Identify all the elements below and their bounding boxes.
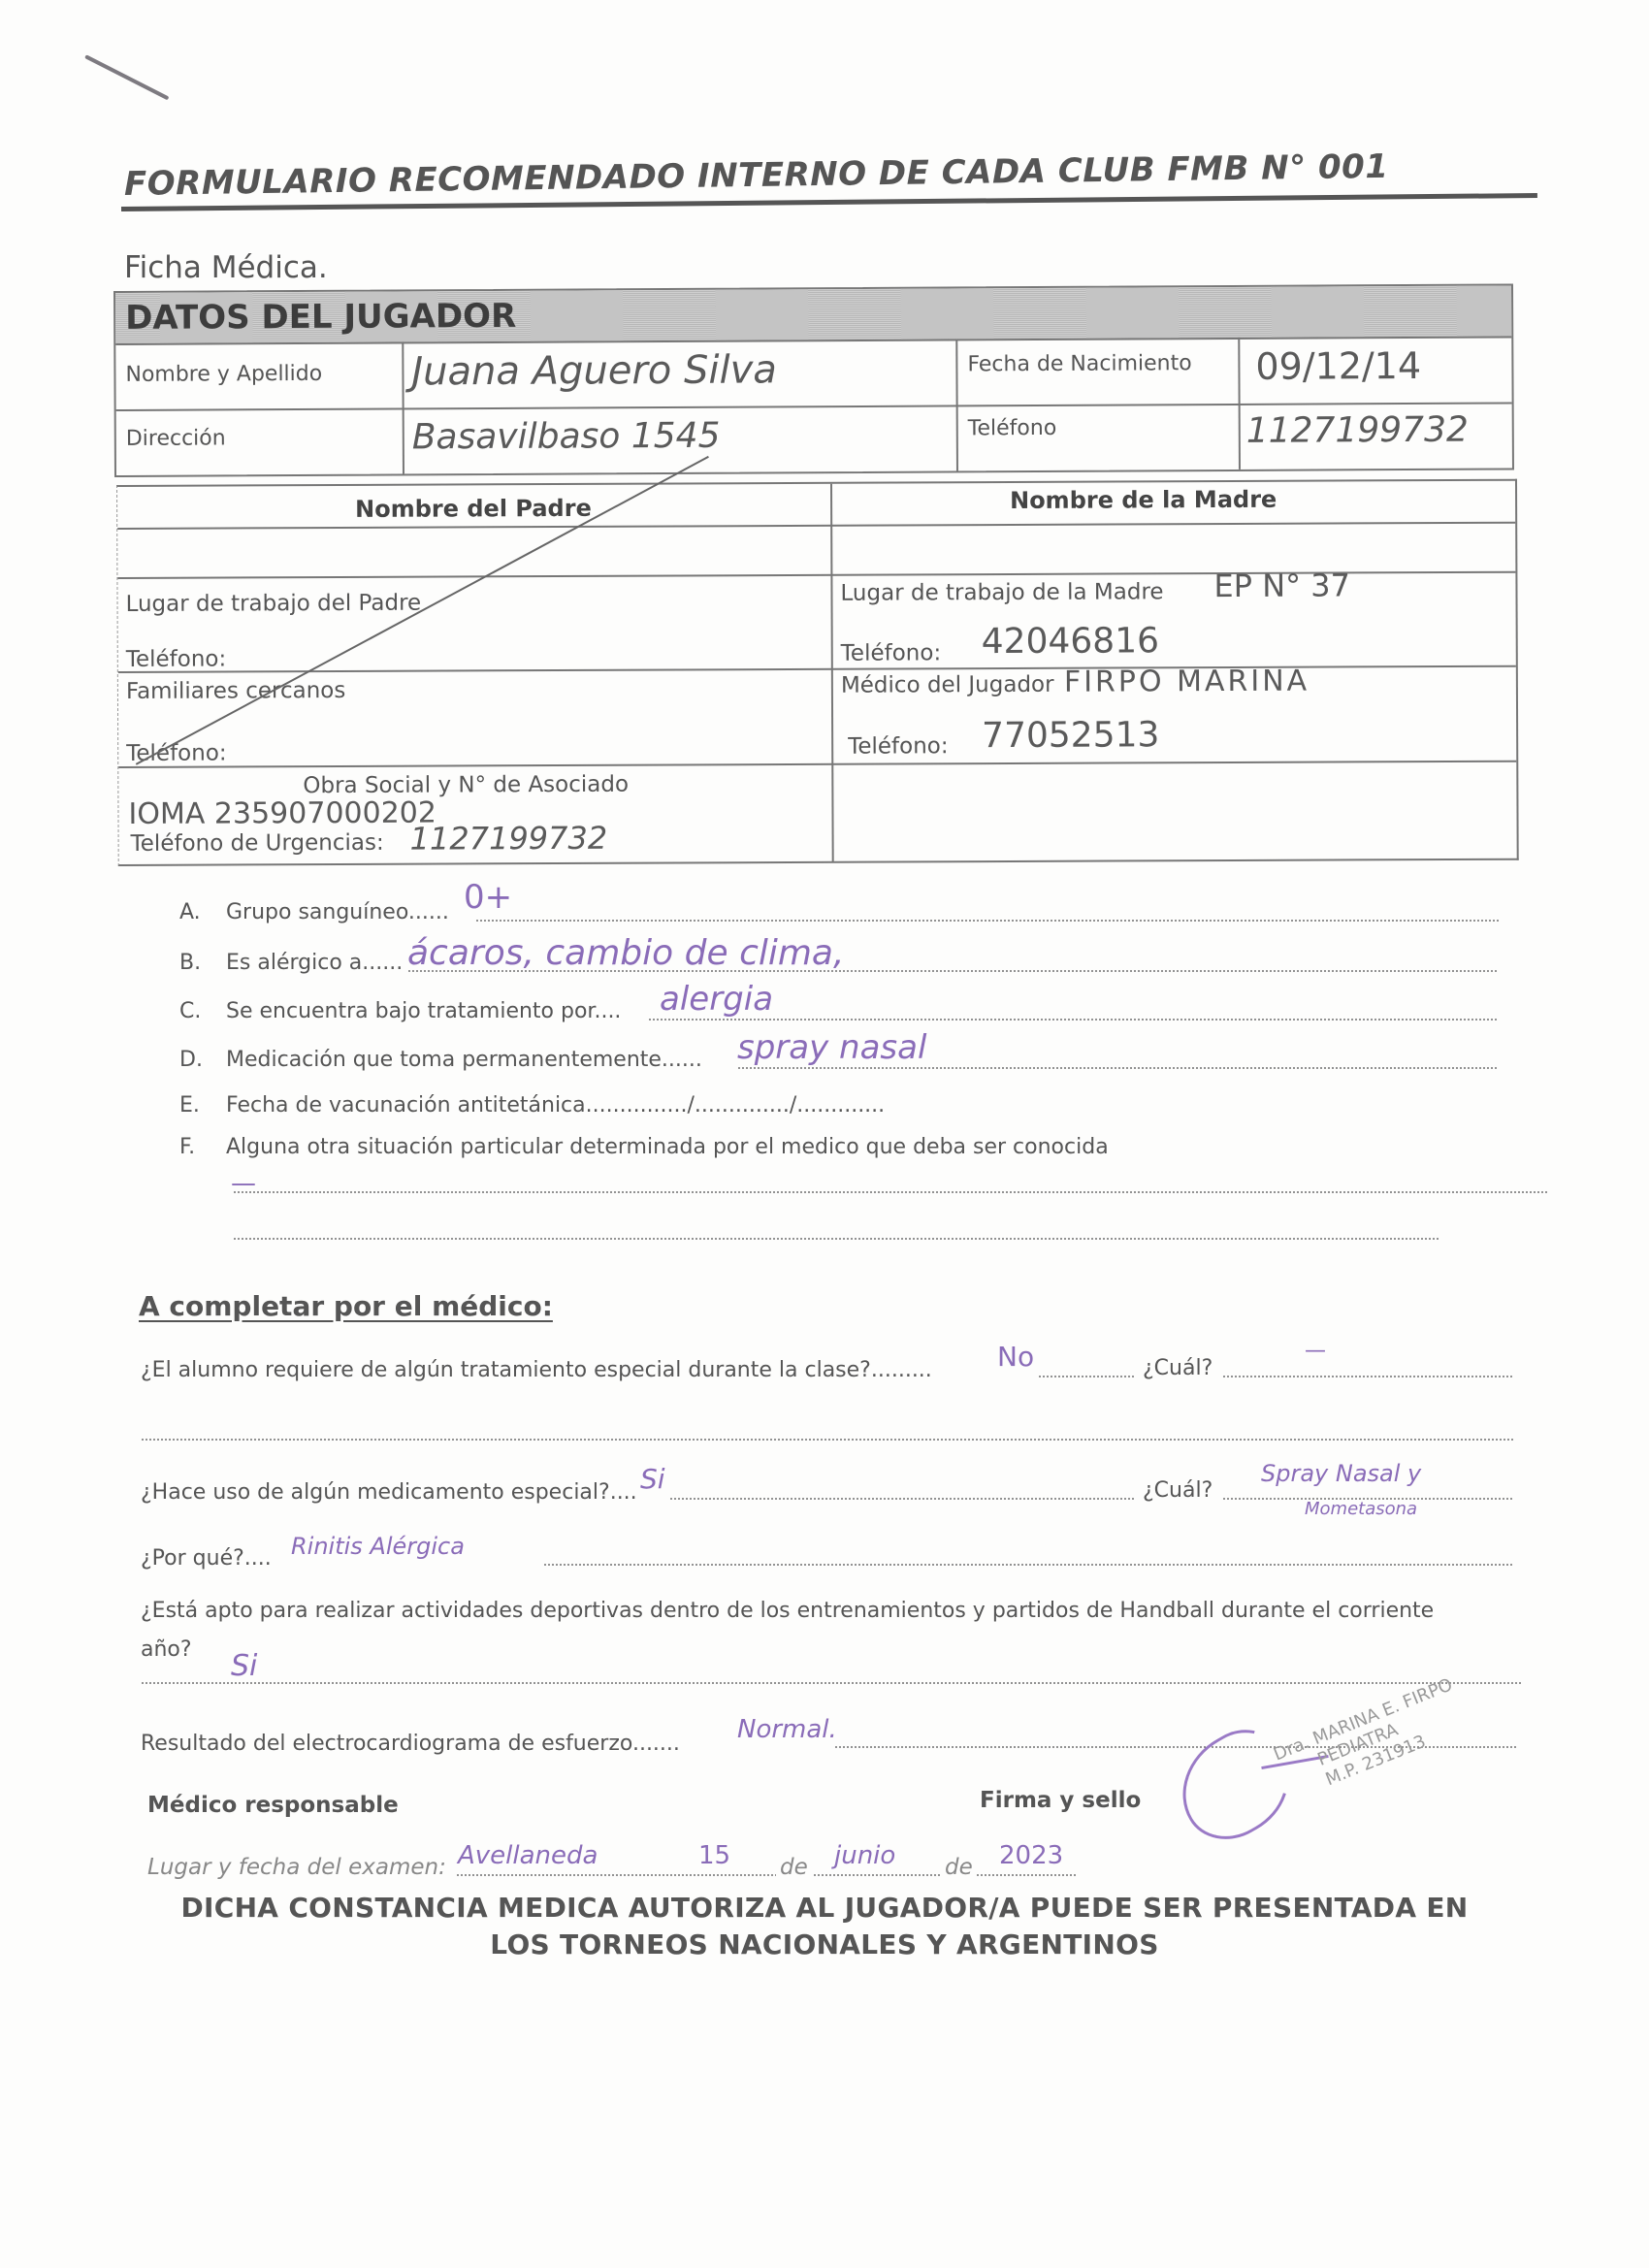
nacimiento-label: Fecha de Nacimiento <box>967 351 1191 376</box>
padre-telefono-label: Teléfono: <box>126 647 227 672</box>
de-label: de <box>776 1855 812 1880</box>
q-medicamento-label: ¿Hace uso de algún medicamento especial?… <box>141 1480 637 1505</box>
de-label: de <box>941 1855 977 1880</box>
urgencias-field[interactable]: 1127199732 <box>410 820 608 858</box>
medico-jugador-label: Médico del Jugador <box>841 672 1054 698</box>
datos-header: DATOS DEL JUGADOR <box>115 285 1511 345</box>
dotted-line <box>233 1191 1547 1193</box>
dotted-line <box>1222 1376 1513 1377</box>
firma-label: Firma y sello <box>980 1788 1141 1813</box>
alergico-field[interactable]: ácaros, cambio de clima, <box>407 933 844 973</box>
q-apto-label: ¿Está apto para realizar actividades dep… <box>141 1599 1434 1623</box>
divider <box>116 402 1512 411</box>
q-apto-label-2: año? <box>141 1637 192 1662</box>
mes-field[interactable]: junio <box>834 1841 895 1870</box>
q-tratamiento-field[interactable]: No <box>997 1341 1034 1373</box>
q-tratamiento-cual-label: ¿Cuál? <box>1143 1356 1212 1380</box>
telefono-field[interactable]: 1127199732 <box>1246 410 1469 451</box>
medico-telefono-label: Teléfono: <box>848 733 949 759</box>
q-ecg-field[interactable]: Normal. <box>737 1715 837 1744</box>
madre-trabajo-field[interactable]: EP N° 37 <box>1213 567 1350 604</box>
obra-social-field[interactable]: IOMA 235907000202 <box>128 796 436 831</box>
lugar-field[interactable]: Avellaneda <box>458 1841 598 1870</box>
form-title: FORMULARIO RECOMENDADO INTERNO DE CADA C… <box>124 147 1389 204</box>
dotted-line <box>543 1564 1513 1566</box>
question-f: F.Alguna otra situación particular deter… <box>179 1135 1109 1159</box>
dotted-line <box>233 1238 1440 1240</box>
divider <box>118 761 1516 768</box>
lugar-fecha-label: Lugar y fecha del examen: <box>147 1855 446 1880</box>
medicacion-field[interactable]: spray nasal <box>737 1028 926 1067</box>
q-medicamento-field[interactable]: Si <box>640 1463 665 1495</box>
madre-header: Nombre de la Madre <box>1010 486 1277 514</box>
dia-field[interactable]: 15 <box>698 1841 730 1870</box>
familiares-label: Familiares cercanos <box>126 678 346 704</box>
footer-line-2: LOS TORNEOS NACIONALES Y ARGENTINOS <box>0 1928 1649 1960</box>
datos-jugador-table: DATOS DEL JUGADOR Nombre y Apellido Juan… <box>113 283 1514 477</box>
form-subtitle: Ficha Médica. <box>124 250 328 285</box>
doctor-stamp: Dra. MARINA E. FIRPO PEDIATRA M.P. 23191… <box>1271 1652 1529 1806</box>
q-medicamento-cual-field-2[interactable]: Mometasona <box>1305 1499 1417 1519</box>
telefono-label: Teléfono <box>968 416 1057 440</box>
padre-header: Nombre del Padre <box>355 495 592 523</box>
medico-jugador-field[interactable]: FIRPO MARINA <box>1064 664 1309 699</box>
padre-trabajo-label: Lugar de trabajo del Padre <box>125 591 421 617</box>
footer-line-1: DICHA CONSTANCIA MEDICA AUTORIZA AL JUGA… <box>0 1892 1649 1924</box>
obra-social-label: Obra Social y N° de Asociado <box>303 772 629 798</box>
question-a: A.Grupo sanguíneo...... <box>179 900 449 924</box>
dotted-line <box>456 1874 1077 1876</box>
direccion-field[interactable]: Basavilbaso 1545 <box>412 416 721 458</box>
divider <box>830 484 834 862</box>
anio-field[interactable]: 2023 <box>999 1841 1063 1870</box>
q-apto-field[interactable]: Si <box>231 1649 257 1683</box>
otra-situacion-field[interactable]: — <box>231 1169 256 1198</box>
q-tratamiento-cual-field[interactable]: — <box>1305 1339 1326 1363</box>
dotted-line <box>737 1067 1499 1069</box>
dotted-line <box>141 1439 1513 1441</box>
madre-telefono-field[interactable]: 42046816 <box>982 621 1159 662</box>
q-porque-field[interactable]: Rinitis Alérgica <box>291 1533 465 1560</box>
datos-title: DATOS DEL JUGADOR <box>125 297 516 338</box>
dotted-line <box>648 1019 1499 1021</box>
medico-responsable-label: Médico responsable <box>147 1793 399 1818</box>
dotted-line <box>669 1498 1135 1500</box>
nacimiento-field[interactable]: 09/12/14 <box>1255 344 1421 388</box>
nombre-label: Nombre y Apellido <box>125 362 322 387</box>
nombre-field[interactable]: Juana Aguero Silva <box>411 347 777 394</box>
question-d: D.Medicación que toma permanentemente...… <box>179 1048 702 1072</box>
q-medicamento-cual-label: ¿Cuál? <box>1143 1478 1212 1503</box>
q-medicamento-cual-field[interactable]: Spray Nasal y <box>1261 1460 1421 1487</box>
question-c: C.Se encuentra bajo tratamiento por.... <box>179 999 621 1023</box>
urgencias-label: Teléfono de Urgencias: <box>131 830 384 857</box>
q-ecg-label: Resultado del electrocardiograma de esfu… <box>141 1732 680 1756</box>
tratamiento-field[interactable]: alergia <box>660 980 773 1019</box>
dotted-line <box>141 1682 1523 1684</box>
medico-section-title: A completar por el médico: <box>139 1290 553 1322</box>
divider <box>117 522 1515 530</box>
direccion-label: Dirección <box>126 426 226 451</box>
q-tratamiento-label: ¿El alumno requiere de algún tratamiento… <box>141 1358 932 1382</box>
scan-mark <box>84 54 169 100</box>
question-b: B.Es alérgico a...... <box>179 951 403 975</box>
madre-telefono-label: Teléfono: <box>841 640 942 665</box>
dotted-line <box>475 920 1499 922</box>
padres-table: Nombre del Padre Nombre de la Madre Luga… <box>116 479 1519 866</box>
madre-trabajo-label: Lugar de trabajo de la Madre <box>840 579 1163 605</box>
question-e: E.Fecha de vacunación antitetánica......… <box>179 1093 885 1118</box>
grupo-sanguineo-field[interactable]: 0+ <box>464 878 512 917</box>
q-porque-label: ¿Por qué?.... <box>141 1546 272 1571</box>
dotted-line <box>1038 1376 1135 1377</box>
medico-telefono-field[interactable]: 77052513 <box>982 715 1159 756</box>
